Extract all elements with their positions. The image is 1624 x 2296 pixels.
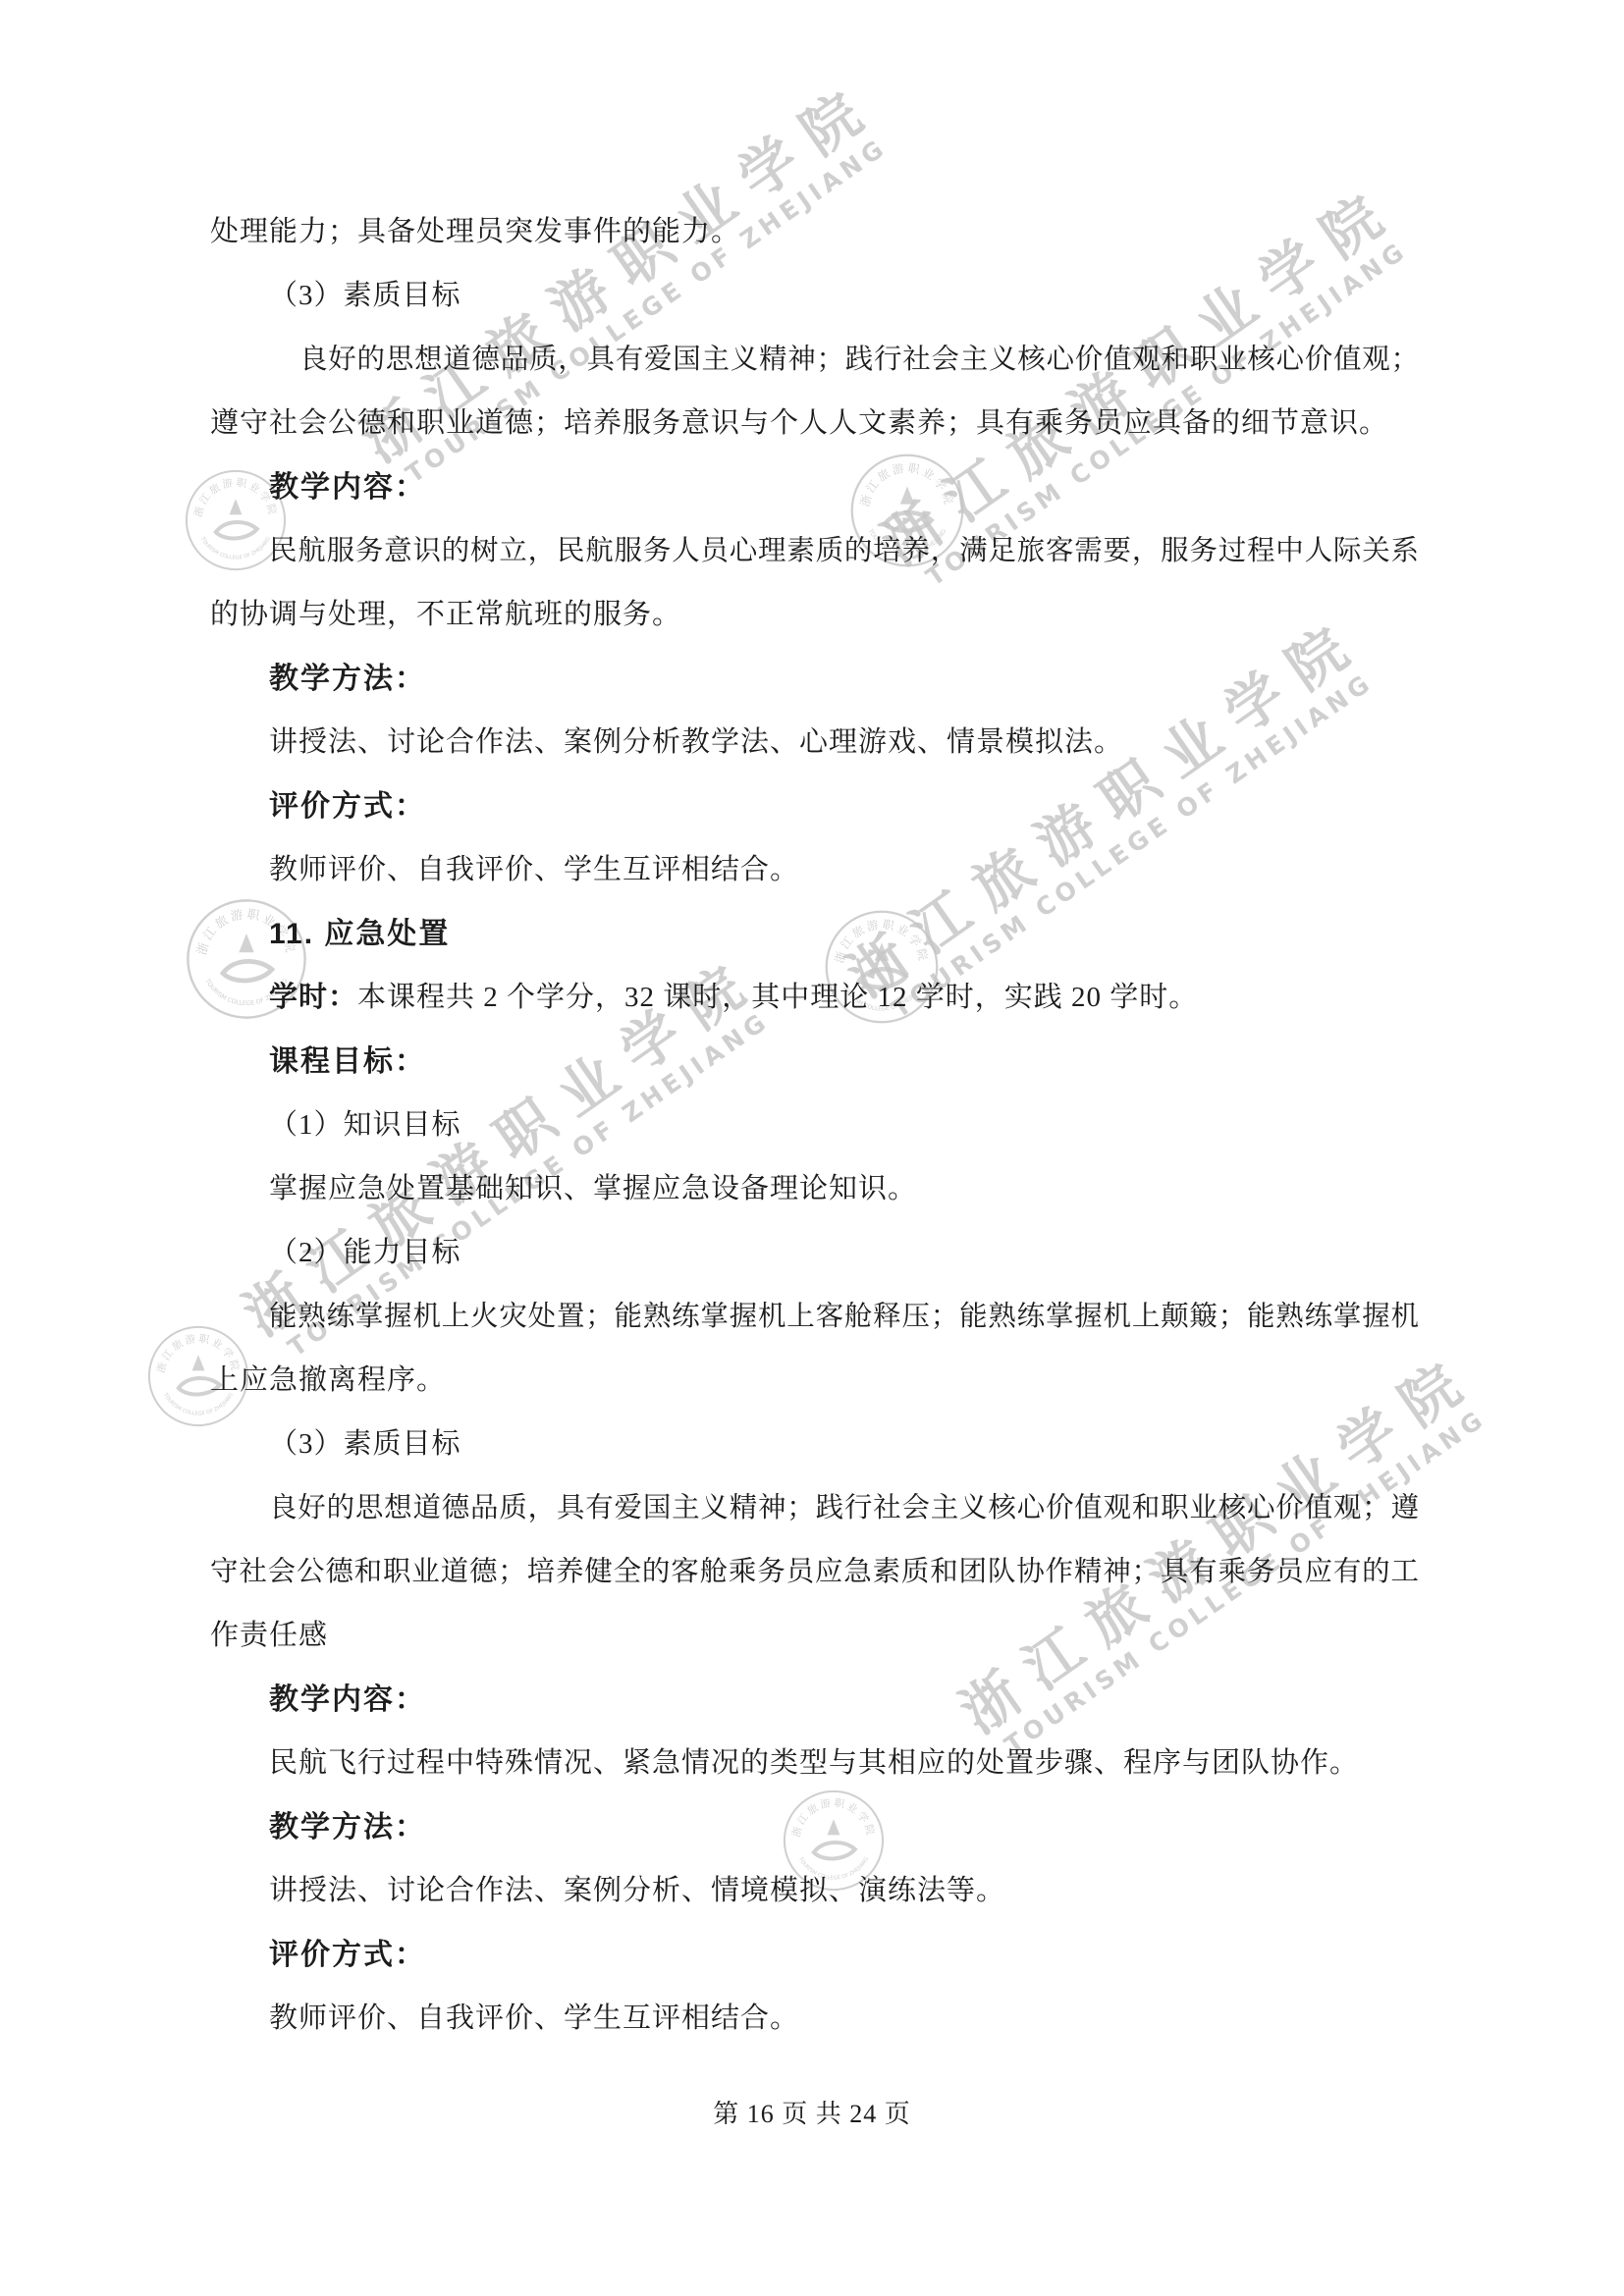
document-page: 浙江旅游职业学院TOURISM COLLEGE OF ZHEJIANG浙江旅游职… xyxy=(0,0,1624,2296)
section-heading: 教学内容： xyxy=(210,455,1419,519)
section-heading: 评价方式： xyxy=(210,1923,1419,1987)
paragraph-line: （3）素质目标 xyxy=(210,1413,1419,1476)
page-number: 第 16 页 共 24 页 xyxy=(713,2100,911,2128)
page-footer: 第 16 页 共 24 页 xyxy=(0,2082,1624,2146)
paragraph-line: （2）能力目标 xyxy=(210,1221,1419,1285)
paragraph-line: 民航服务意识的树立，民航服务人员心理素质的培养，满足旅客需要，服务过程中人际关系 xyxy=(210,519,1419,583)
paragraph-line: （1）知识目标 xyxy=(210,1094,1419,1157)
paragraph-line: 讲授法、讨论合作法、案例分析、情境模拟、演练法等。 xyxy=(210,1859,1419,1923)
paragraph-line: 教师评价、自我评价、学生互评相结合。 xyxy=(210,1987,1419,2051)
paragraph-line: 的协调与处理，不正常航班的服务。 xyxy=(210,583,1419,647)
paragraph-line: 教师评价、自我评价、学生互评相结合。 xyxy=(210,838,1419,902)
section-heading: 教学内容： xyxy=(210,1668,1419,1732)
section-heading: 11. 应急处置 xyxy=(210,902,1419,966)
paragraph-line: 处理能力；具备处理员突发事件的能力。 xyxy=(210,200,1419,264)
paragraph-line: 良好的思想道德品质，具有爱国主义精神；践行社会主义核心价值观和职业核心价值观； xyxy=(210,328,1419,392)
section-heading: 评价方式： xyxy=(210,774,1419,838)
section-heading: 教学方法： xyxy=(210,647,1419,711)
paragraph-line: 作责任感 xyxy=(210,1604,1419,1668)
paragraph-line: 讲授法、讨论合作法、案例分析教学法、心理游戏、情景模拟法。 xyxy=(210,711,1419,774)
paragraph-line: 良好的思想道德品质，具有爱国主义精神；践行社会主义核心价值观和职业核心价值观；遵 xyxy=(210,1476,1419,1540)
paragraph-line: 守社会公德和职业道德；培养健全的客舱乘务员应急素质和团队协作精神；具有乘务员应有… xyxy=(210,1540,1419,1604)
paragraph-line: 学时：本课程共 2 个学分，32 课时，其中理论 12 学时，实践 20 学时。 xyxy=(210,966,1419,1030)
section-heading: 课程目标： xyxy=(210,1030,1419,1094)
paragraph-line: （3）素质目标 xyxy=(210,264,1419,328)
paragraph-line: 掌握应急处置基础知识、掌握应急设备理论知识。 xyxy=(210,1157,1419,1221)
paragraph-line: 能熟练掌握机上火灾处置；能熟练掌握机上客舱释压；能熟练掌握机上颠簸；能熟练掌握机 xyxy=(210,1285,1419,1349)
section-heading: 教学方法： xyxy=(210,1795,1419,1859)
inline-heading-label: 学时： xyxy=(269,982,357,1013)
paragraph-line: 遵守社会公德和职业道德；培养服务意识与个人人文素养；具有乘务员应具备的细节意识。 xyxy=(210,392,1419,455)
paragraph-line: 上应急撤离程序。 xyxy=(210,1349,1419,1413)
inline-text: 本课程共 2 个学分，32 课时，其中理论 12 学时，实践 20 学时。 xyxy=(357,982,1198,1013)
document-content: 处理能力；具备处理员突发事件的能力。（3）素质目标良好的思想道德品质，具有爱国主… xyxy=(210,200,1419,2051)
paragraph-line: 民航飞行过程中特殊情况、紧急情况的类型与其相应的处置步骤、程序与团队协作。 xyxy=(210,1732,1419,1795)
